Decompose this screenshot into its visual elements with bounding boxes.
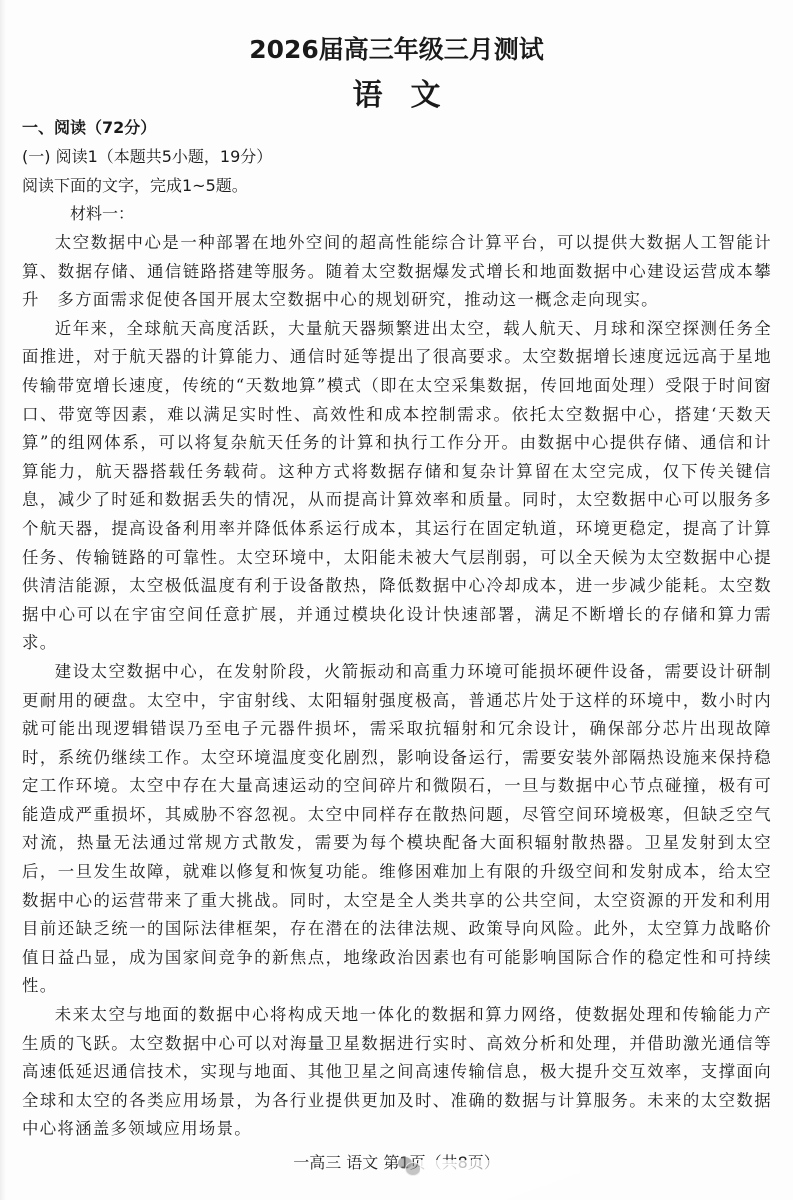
passage-paragraph: 未来太空与地面的数据中心将构成天地一体化的数据和算力网络，使数据处理和传输能力产…	[22, 1001, 772, 1144]
subsection-heading: (一) 阅读1（本题共5小题，19分）	[22, 144, 272, 167]
material-label: 材料一：	[70, 201, 134, 224]
watermark-glare	[420, 1160, 580, 1200]
passage-paragraph: 太空数据中心是一种部署在地外空间的超高性能综合计算平台，可以提供大数据人工智能计…	[22, 229, 772, 315]
reading-instruction: 阅读下面的文字，完成1~5题。	[22, 173, 248, 196]
exam-title: 2026届高三年级三月测试	[0, 30, 793, 66]
exam-page: 2026届高三年级三月测试 语文 一、阅读（72分） (一) 阅读1（本题共5小…	[0, 0, 793, 1200]
passage-body: 太空数据中心是一种部署在地外空间的超高性能综合计算平台，可以提供大数据人工智能计…	[22, 229, 772, 1144]
wechat-logo-icon	[398, 1157, 420, 1175]
passage-paragraph: 建设太空数据中心，在发射阶段，火箭振动和高重力环境可能损坏硬件设备，需要设计研制…	[22, 658, 772, 1001]
page-edge-shadow	[0, 0, 6, 1200]
passage-paragraph: 近年来，全球航天高度活跃，大量航天器频繁进出太空，载人航天、月球和深空探测任务全…	[22, 315, 772, 658]
section-heading: 一、阅读（72分）	[22, 115, 156, 138]
page-footer: 一高三 语文 第1页（共8页）	[0, 1150, 793, 1173]
subject-title: 语文	[0, 70, 793, 114]
